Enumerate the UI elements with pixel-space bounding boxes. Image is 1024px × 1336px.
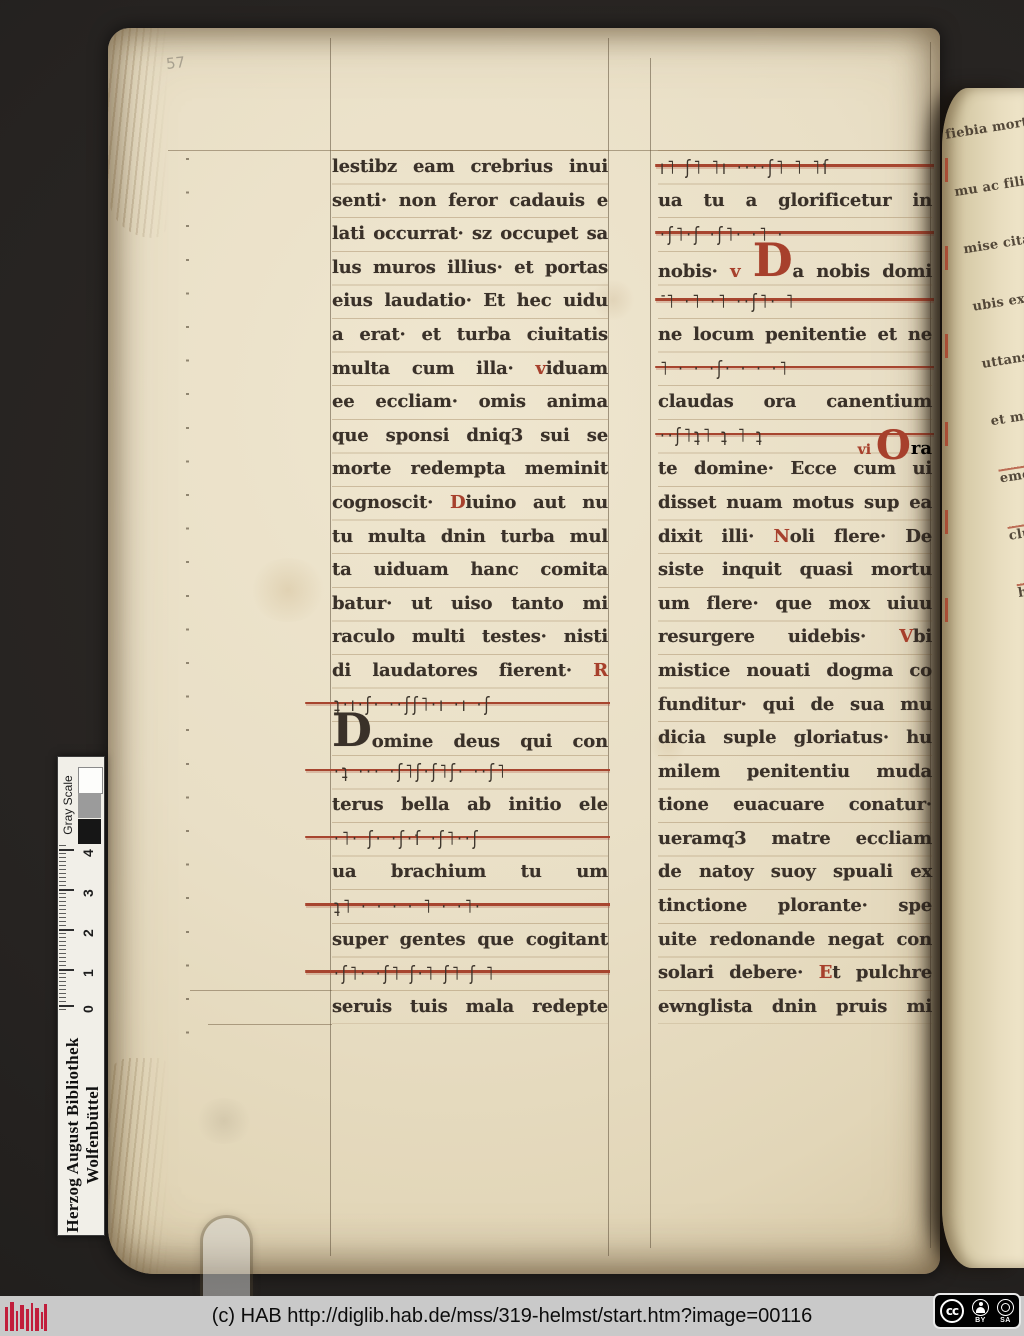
digitized-manuscript-viewer: 57 lestibz eam crebrius inuisenti· non f…: [0, 0, 1024, 1336]
ruler-cm-tick: [59, 929, 74, 931]
manuscript-text: omine deus qui con: [372, 731, 608, 752]
manuscript-text-line: uite redonande negat con: [658, 923, 932, 957]
manuscript-text-line: dicia suple gloriatus· hu: [658, 721, 932, 755]
manuscript-column-right: ı˥ ʃ˥ ˥ı ····ʃ˥ ˥ ˥ſua tu a glorificetur…: [658, 150, 932, 1024]
manuscript-text-line: resurgere uidebis· Vbi: [658, 620, 932, 654]
parchment-stain: [194, 1098, 254, 1144]
manuscript-text-line: seruis tuis mala redepte: [332, 990, 608, 1024]
manuscript-text-line: lestibz eam crebrius inui: [332, 150, 608, 184]
calibration-ruler-strip: Gray Scale 43210 Herzog August Bibliothe…: [57, 756, 105, 1236]
neume-notation: ·ʇ ··· ·ʃ˥ʃ·ʃ˥ʃ· ··ʃ˥: [334, 760, 608, 783]
cc-by-person-icon: [972, 1299, 989, 1316]
copyright-url-text: (c) HAB http://diglib.hab.de/mss/319-hel…: [0, 1296, 1024, 1336]
manuscript-text-line: multa cum illa· viduam: [332, 352, 608, 386]
manuscript-text-line: solari debere· Et pulchre: [658, 956, 932, 990]
manuscript-text-line: ua brachium tu um: [332, 855, 608, 889]
ruler-number: 1: [80, 961, 96, 977]
ruling-vertical-col1-right: [608, 38, 609, 1256]
manuscript-text-line: ua tu a glorificetur in: [658, 184, 932, 218]
ruler-cm-tick: [59, 889, 74, 891]
ruling-margin-line-2: [208, 1024, 332, 1025]
manuscript-text: iuino aut nu: [465, 492, 608, 513]
manuscript-text-line: tinctione plorante· spe: [658, 889, 932, 923]
manuscript-text: bi: [913, 626, 932, 647]
manuscript-text: dixit illi·: [658, 526, 773, 547]
rubric-mark: D: [450, 492, 465, 513]
manuscript-text-line: nobis· v Da nobis domi: [658, 251, 932, 285]
institution-name: Herzog August Bibliothek Wolfenbüttel: [63, 1029, 103, 1241]
manuscript-text-line: senti· non feror cadauis e: [332, 184, 608, 218]
manuscript-text-line: ueramq3 matre eccliam: [658, 822, 932, 856]
manuscript-text: di laudatores fierent·: [332, 660, 593, 681]
music-staff-row: ʇ˥ · · · · ˥ · ·˥·: [332, 889, 608, 923]
ruler-number: 0: [80, 997, 96, 1013]
pricking-marks: [186, 158, 189, 1038]
manuscript-text: resurgere uidebis·: [658, 626, 899, 647]
manuscript-text: solari debere·: [658, 962, 819, 983]
music-staff-row: ˥ · · ·ʃ· · · ·˥: [658, 352, 932, 386]
manuscript-text: iduam: [546, 358, 608, 379]
manuscript-text: nobis·: [658, 261, 730, 282]
manuscript-text-line: batur· ut uiso tanto mi: [332, 587, 608, 621]
parchment-stain: [248, 558, 328, 622]
ruling-margin-line-1: [190, 990, 332, 991]
manuscript-text-line: mistice nouati dogma co: [658, 654, 932, 688]
manuscript-text-line: eius laudatio· Et hec uidu: [332, 284, 608, 318]
rubric-mark: N: [773, 526, 789, 547]
music-staff-row: ı˥ ʃ˥ ˥ı ····ʃ˥ ˥ ˥ſ: [658, 150, 932, 184]
music-staff-row: ··ʃ˥ʇ˥ ʇ ˥ ʇvi Ora: [658, 419, 932, 453]
rubric-mark: R: [593, 660, 608, 681]
music-staff-row: ·ʃ˥· ·ʃ˥ ʃ·˥ ʃ˥ ʃ ˥: [332, 956, 608, 990]
institution-line1: Herzog August Bibliothek: [63, 1029, 83, 1241]
music-staff-row: ·˥· ʃ· ·ʃ·ſ ·ʃ˥··ʃ: [332, 822, 608, 856]
music-staff-row: ˥˥ ·˥ ·˥ ··ʃ˥· ˥: [658, 284, 932, 318]
manuscript-text-line: milem penitentiu muda: [658, 755, 932, 789]
manuscript-text-line: terus bella ab initio ele: [332, 788, 608, 822]
ruling-vertical-col2-left: [650, 58, 651, 1248]
illuminated-initial: D: [332, 720, 372, 740]
manuscript-text: oli flere· De: [790, 526, 932, 547]
page-stack-edges-top: [108, 28, 168, 238]
manuscript-text-line: lus muros illius· et portas: [332, 251, 608, 285]
ruler-number: 3: [80, 881, 96, 897]
manuscript-text: cognoscit·: [332, 492, 450, 513]
cc-sa-label: SA: [1000, 1317, 1011, 1324]
facing-page-sliver: fiebia morti emu ac filium·mise citatur·…: [942, 88, 1024, 1268]
institution-line2: Wolfenbüttel: [83, 1029, 103, 1241]
manuscript-text-line: cognoscit· Diuino aut nu: [332, 486, 608, 520]
gray-scale-label: Gray Scale: [61, 765, 75, 845]
manuscript-text-line: dixit illi· Noli flere· De: [658, 520, 932, 554]
neume-notation: ˥˥ ·˥ ·˥ ··ʃ˥· ˥: [660, 290, 932, 313]
music-staff-row: ·ʃ˥·ʃ ·ʃ˥· ·˥ ·: [658, 217, 932, 251]
cc-logo-icon: cc: [940, 1299, 964, 1323]
manuscript-text-line: morte redempta meminit: [332, 452, 608, 486]
manuscript-column-left: lestibz eam crebrius inuisenti· non fero…: [332, 150, 608, 1024]
neume-notation: ˥ · · ·ʃ· · · ·˥: [660, 357, 932, 380]
manuscript-text-line: te domine· Ecce cum ui: [658, 452, 932, 486]
music-staff-row: ·ʇ ··· ·ʃ˥ʃ·ʃ˥ʃ· ··ʃ˥: [332, 755, 608, 789]
facing-page-text-fragments: fiebia morti emu ac filium·mise citatur·…: [944, 99, 1024, 1042]
manuscript-text-line: a erat· et turba ciuitatis: [332, 318, 608, 352]
neume-notation: ·ʃ˥·ʃ ·ʃ˥· ·˥ ·: [660, 222, 932, 245]
cc-sa-icon: [997, 1299, 1014, 1316]
manuscript-text-line: claudas ora canentium: [658, 385, 932, 419]
cc-by-label: BY: [975, 1317, 986, 1324]
neume-notation: ʇ·ı·ʃ· ··ʃʃ˥·ı ·ı ·ʃ: [334, 693, 608, 716]
neume-notation: ·˥· ʃ· ·ʃ·ſ ·ʃ˥··ʃ: [334, 827, 608, 850]
rubric-mark: v: [536, 358, 546, 379]
page-holder-strip: [203, 1218, 250, 1296]
ruler-cm-tick: [59, 849, 74, 851]
neume-notation: ʇ˥ · · · · ˥ · ·˥·: [334, 894, 608, 917]
ruler-cm-tick: [59, 969, 74, 971]
manuscript-text: multa cum illa·: [332, 358, 536, 379]
gray-scale-swatch-gray: [78, 793, 101, 818]
manuscript-text: a nobis domi: [792, 261, 932, 282]
neume-notation: ı˥ ʃ˥ ˥ı ····ʃ˥ ˥ ˥ſ: [660, 155, 932, 178]
manuscript-text-line: tu multa dnin turba mul: [332, 520, 608, 554]
rubric-mark: v: [730, 261, 753, 282]
facing-page-rubric-marks: [945, 158, 948, 678]
rubric-mark: V: [899, 626, 913, 647]
neume-notation: ··ʃ˥ʇ˥ ʇ ˥ ʇ: [660, 424, 809, 447]
gray-scale-swatch-white: [78, 767, 103, 794]
manuscript-text-line: ne locum penitentie et ne: [658, 318, 932, 352]
manuscript-page: 57 lestibz eam crebrius inuisenti· non f…: [108, 28, 940, 1274]
manuscript-text-line: siste inquit quasi mortu: [658, 553, 932, 587]
manuscript-text-line: ewnglista dnin pruis mi: [658, 990, 932, 1024]
manuscript-text-line: super gentes que cogitant: [332, 923, 608, 957]
manuscript-text-line: Domine deus qui con: [332, 721, 608, 755]
rubric-mark: E: [819, 962, 833, 983]
ruling-vertical-left: [330, 38, 331, 1256]
footer-bar: (c) HAB http://diglib.hab.de/mss/319-hel…: [0, 1296, 1024, 1336]
manuscript-text-line: disset nuam motus sup ea: [658, 486, 932, 520]
manuscript-text-line: de natoy suoy spuali ex: [658, 855, 932, 889]
cc-license-badge[interactable]: cc BY SA: [933, 1293, 1021, 1329]
manuscript-text-line: raculo multi testes· nisti: [332, 620, 608, 654]
manuscript-text-line: tione euacuare conatur·: [658, 788, 932, 822]
manuscript-text-line: um flere· que mox uiuu: [658, 587, 932, 621]
manuscript-text-line: ee eccliam· omis anima: [332, 385, 608, 419]
page-stack-edges-bottom: [108, 1058, 168, 1274]
ruler-number: 4: [80, 841, 96, 857]
illuminated-initial: D: [753, 250, 793, 270]
manuscript-text: t pulchre: [832, 962, 932, 983]
manuscript-text-line: funditur· qui de sua mu: [658, 688, 932, 722]
manuscript-text-line: ta uiduam hanc comita: [332, 553, 608, 587]
music-staff-row: ʇ·ı·ʃ· ··ʃʃ˥·ı ·ı ·ʃ: [332, 688, 608, 722]
facing-fragment-text: fiebia morti e: [944, 99, 1024, 183]
manuscript-text-line: lati occurrat· sz occupet sa: [332, 217, 608, 251]
manuscript-text-line: que sponsi dniq3 sui se: [332, 419, 608, 453]
ruler-number: 2: [80, 921, 96, 937]
neume-notation: ·ʃ˥· ·ʃ˥ ʃ·˥ ʃ˥ ʃ ˥: [334, 961, 608, 984]
manuscript-text-line: di laudatores fierent· R: [332, 654, 608, 688]
ruler-cm-tick: [59, 1005, 74, 1007]
pencil-foliation-note: 57: [165, 53, 186, 73]
